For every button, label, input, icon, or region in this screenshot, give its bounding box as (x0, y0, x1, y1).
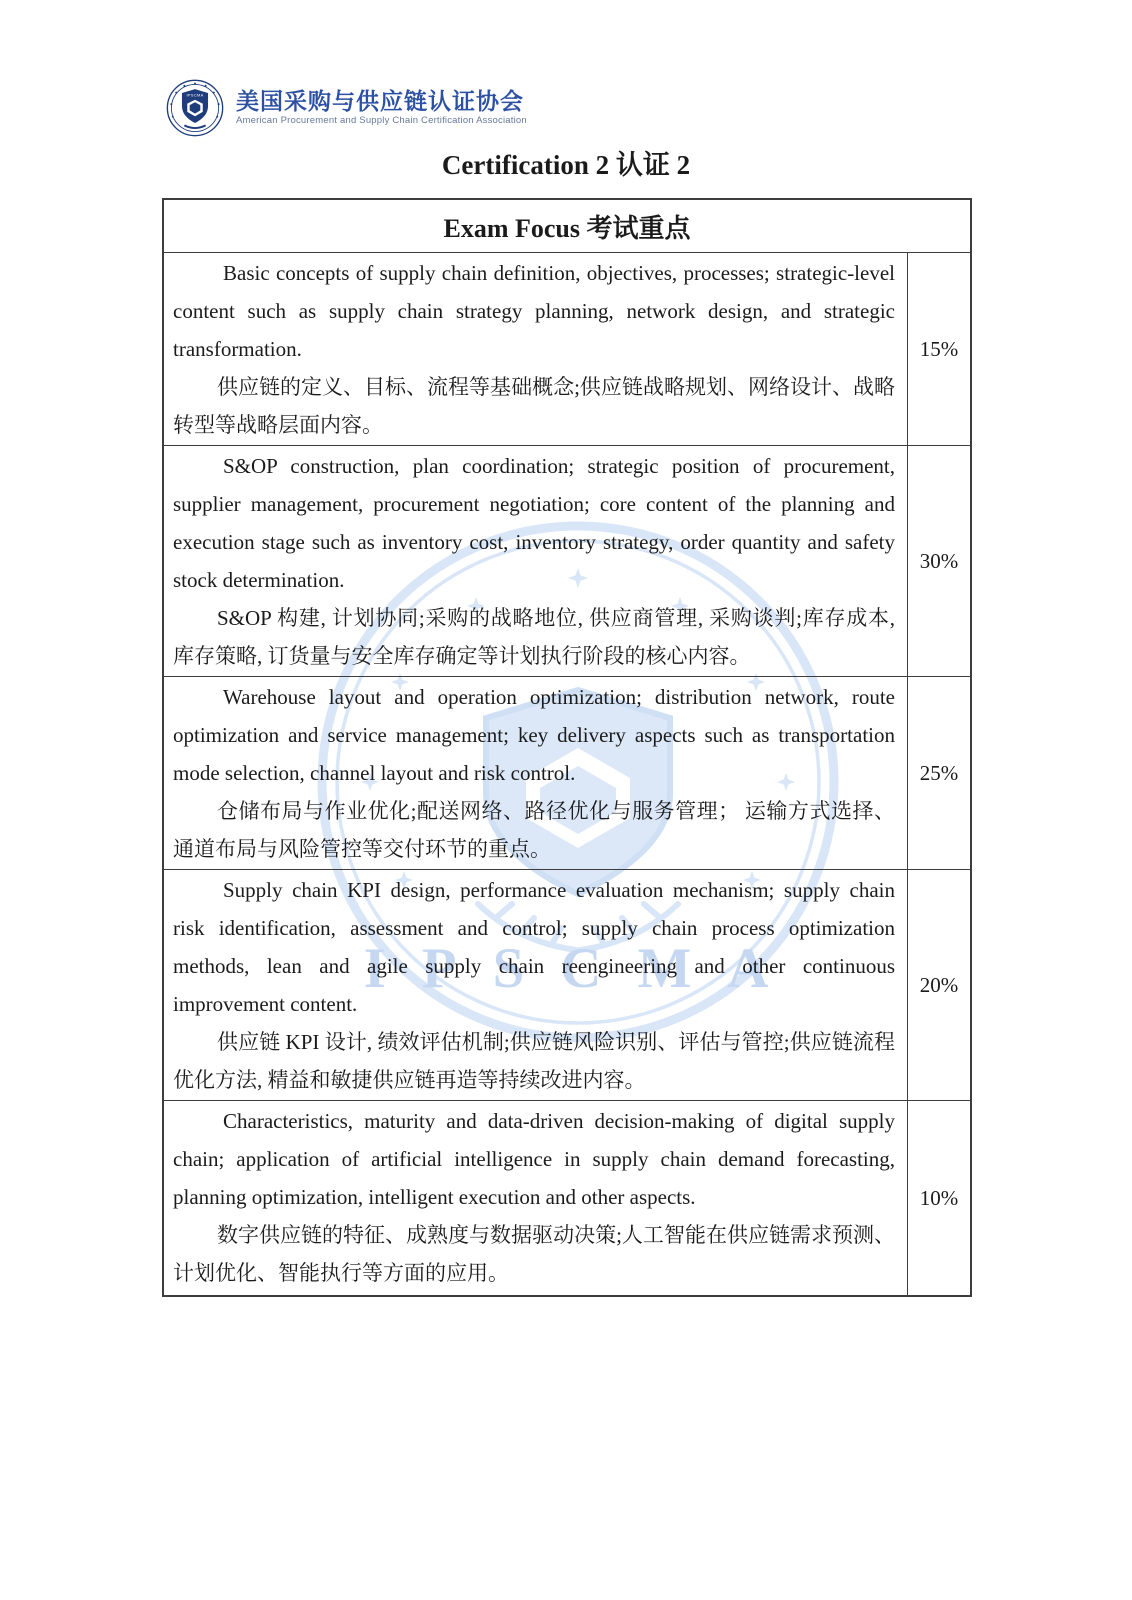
org-name-cn: 美国采购与供应链认证协会 (236, 88, 527, 114)
doc-title: Certification 2 认证 2 (0, 149, 1132, 181)
row-content: Basic concepts of supply chain definitio… (164, 253, 907, 445)
table-row: Warehouse layout and operation optimizat… (164, 677, 970, 870)
weight-cell: 10% (907, 1101, 970, 1295)
row-content: Supply chain KPI design, performance eva… (164, 870, 907, 1100)
seal-ipscma-text: IPSCMA (186, 94, 203, 98)
row-content: Characteristics, maturity and data-drive… (164, 1101, 907, 1295)
row-content: S&OP construction, plan coordination; st… (164, 446, 907, 676)
weight-cell: 30% (907, 446, 970, 676)
association-logo: IPSCMA 美国采购与供应链认证协会 American Procurement… (166, 79, 527, 137)
document-page: IPSCMA IPSCMA 美国采购与供应链认证协会 American Proc… (0, 0, 1132, 1600)
weight-cell: 15% (907, 253, 970, 445)
row-english-text: Characteristics, maturity and data-drive… (173, 1102, 895, 1216)
weight-cell: 20% (907, 870, 970, 1100)
weight-cell: 25% (907, 677, 970, 869)
org-name-en: American Procurement and Supply Chain Ce… (236, 114, 527, 128)
row-content: Warehouse layout and operation optimizat… (164, 677, 907, 869)
table-header: Exam Focus 考试重点 (164, 200, 970, 253)
exam-focus-table: Exam Focus 考试重点 Basic concepts of supply… (162, 198, 972, 1297)
row-english-text: Basic concepts of supply chain definitio… (173, 254, 895, 368)
table-row: Basic concepts of supply chain definitio… (164, 253, 970, 446)
row-chinese-text: 供应链 KPI 设计, 绩效评估机制;供应链风险识别、评估与管控;供应链流程优化… (173, 1023, 895, 1099)
row-english-text: Warehouse layout and operation optimizat… (173, 678, 895, 792)
row-chinese-text: 数字供应链的特征、成熟度与数据驱动决策;人工智能在供应链需求预测、计划优化、智能… (173, 1216, 895, 1292)
row-english-text: Supply chain KPI design, performance eva… (173, 871, 895, 1023)
table-row: Characteristics, maturity and data-drive… (164, 1101, 970, 1295)
row-chinese-text: 供应链的定义、目标、流程等基础概念;供应链战略规划、网络设计、战略转型等战略层面… (173, 368, 895, 444)
table-row: S&OP construction, plan coordination; st… (164, 446, 970, 677)
row-chinese-text: S&OP 构建, 计划协同;采购的战略地位, 供应商管理, 采购谈判;库存成本,… (173, 599, 895, 675)
association-seal-icon: IPSCMA (166, 79, 224, 137)
row-english-text: S&OP construction, plan coordination; st… (173, 447, 895, 599)
table-row: Supply chain KPI design, performance eva… (164, 870, 970, 1101)
row-chinese-text: 仓储布局与作业优化;配送网络、路径优化与服务管理； 运输方式选择、通道布局与风险… (173, 792, 895, 868)
